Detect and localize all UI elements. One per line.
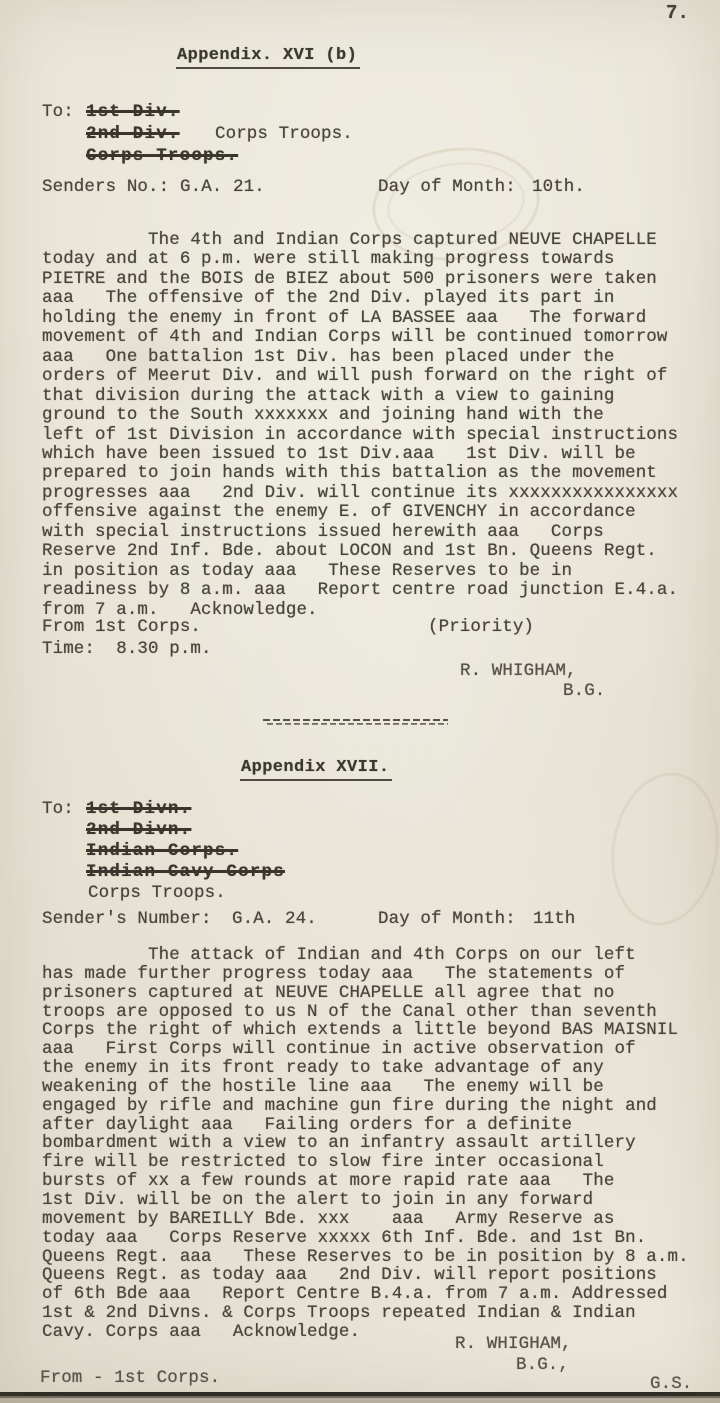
text-line: 1st Div. will be on the alert to join in… — [42, 1191, 720, 1210]
text-line: has made further progress today aaa The … — [42, 965, 720, 984]
text-line: holding the enemy in front of LA BASSEE … — [42, 309, 720, 328]
text-line: movement of 4th and Indian Corps will be… — [42, 328, 720, 347]
ghost-stamp — [601, 765, 720, 934]
recipient-struck: 2nd-Divn. — [86, 821, 191, 840]
recipient-struck: 1st-Div. — [86, 103, 180, 122]
day-of-month-value: 11th — [533, 910, 575, 929]
text-line: troops are opposed to us N of the Canal … — [42, 1003, 720, 1022]
signature-rank: B.G. — [563, 682, 605, 701]
day-of-month-label: Day of Month: — [378, 910, 516, 929]
text-line: in position as today aaa These Reserves … — [42, 562, 720, 581]
to-label: To: — [42, 103, 74, 122]
message-body: The attack of Indian and 4th Corps on ou… — [42, 946, 720, 1342]
text-line: The 4th and Indian Corps captured NEUVE … — [42, 231, 720, 250]
text-line: aaa First Corps will continue in active … — [42, 1040, 720, 1059]
text-line: ground to the South xxxxxxx and joining … — [42, 406, 720, 425]
text-line: progresses aaa 2nd Div. will continue it… — [42, 484, 720, 503]
recipient-active: Corps Troops. — [215, 125, 353, 144]
text-line: prisoners captured at NEUVE CHAPELLE all… — [42, 984, 720, 1003]
senders-no-value: G.A. 24. — [232, 910, 317, 929]
recipient-struck: Corps-Troops. — [86, 147, 238, 166]
recipient-struck: 2nd-Div. — [86, 125, 180, 144]
text-line: engaged by rifle and machine gun fire du… — [42, 1097, 720, 1116]
senders-no-label: Senders No.: — [42, 178, 169, 197]
text-line: bursts of xx a few rounds at more rapid … — [42, 1172, 720, 1191]
text-line: with special instructions issued herewit… — [42, 523, 720, 542]
signature-name: R. WHIGHAM, — [460, 662, 577, 681]
text-line: the enemy in its front ready to take adv… — [42, 1059, 720, 1078]
priority-label: (Priority) — [428, 618, 534, 637]
to-label: To: — [42, 800, 74, 819]
signature-rank: B.G., — [516, 1356, 569, 1375]
text-line: Corps the right of which extends a littl… — [42, 1021, 720, 1040]
text-line: movement by BAREILLY Bde. xxx aaa Army R… — [42, 1210, 720, 1229]
text-line: PIETRE and the BOIS de BIEZ about 500 pr… — [42, 270, 720, 289]
page-number: 7. — [666, 4, 689, 23]
text-line: prepared to join hands with this battali… — [42, 464, 720, 483]
text-line: aaa The offensive of the 2nd Div. played… — [42, 289, 720, 308]
text-line: aaa One battalion 1st Div. has been plac… — [42, 348, 720, 367]
text-line: Queens Regt. aaa These Reserves to be in… — [42, 1248, 720, 1267]
from-line: From 1st Corps. — [42, 618, 201, 637]
recipient-active: Corps Troops. — [88, 884, 226, 903]
section-divider — [263, 719, 448, 725]
text-line: of 6th Bde aaa Report Centre B.4.a. from… — [42, 1285, 720, 1304]
text-line: bombardment with a view to an infantry a… — [42, 1134, 720, 1153]
scan-bottom-edge — [0, 1390, 720, 1403]
text-line: today and at 6 p.m. were still making pr… — [42, 250, 720, 269]
text-line: 1st & 2nd Divns. & Corps Troops repeated… — [42, 1304, 720, 1323]
text-line: readiness by 8 a.m. aaa Report centre ro… — [42, 581, 720, 600]
recipient-struck: 1st-Divn. — [86, 800, 191, 819]
text-line: today aaa Corps Reserve xxxxx 6th Inf. B… — [42, 1229, 720, 1248]
text-line: after daylight aaa Failing orders for a … — [42, 1116, 720, 1135]
senders-no-label: Sender's Number: — [42, 910, 212, 929]
message-body: The 4th and Indian Corps captured NEUVE … — [42, 231, 720, 620]
text-line: weakening of the hostile line aaa The en… — [42, 1078, 720, 1097]
recipient-struck: Indian-Corps. — [86, 842, 238, 861]
day-of-month-value: 10th. — [532, 178, 585, 197]
scanned-document-page: 7. Appendix. XVI (b) To: 1st-Div. 2nd-Di… — [0, 0, 720, 1403]
appendix-xvi-title: Appendix. XVI (b) — [176, 46, 360, 69]
text-line: Queens Regt. as today aaa 2nd Div. will … — [42, 1266, 720, 1285]
text-line: orders of Meerut Div. and will push forw… — [42, 367, 720, 386]
from-line: From - 1st Corps. — [40, 1369, 220, 1388]
time-line: Time: 8.30 p.m. — [42, 640, 212, 659]
text-line: left of 1st Division in accordance with … — [42, 426, 720, 445]
text-line: Reserve 2nd Inf. Bde. about LOCON and 1s… — [42, 542, 720, 561]
senders-no-value: G.A. 21. — [180, 178, 265, 197]
signature-name: R. WHIGHAM, — [455, 1335, 572, 1354]
text-line: that division during the attack with a v… — [42, 387, 720, 406]
recipient-struck: Indian-Cavy-Corps — [86, 863, 285, 882]
day-of-month-label: Day of Month: — [378, 178, 516, 197]
text-line: The attack of Indian and 4th Corps on ou… — [42, 946, 720, 965]
text-line: fire will be restricted to slow fire int… — [42, 1153, 720, 1172]
text-line: Cavy. Corps aaa Acknowledge. — [42, 1323, 720, 1342]
text-line: which have been issued to 1st Div.aaa 1s… — [42, 445, 720, 464]
appendix-xvii-title: Appendix XVII. — [240, 758, 392, 781]
text-line: offensive against the enemy E. of GIVENC… — [42, 503, 720, 522]
